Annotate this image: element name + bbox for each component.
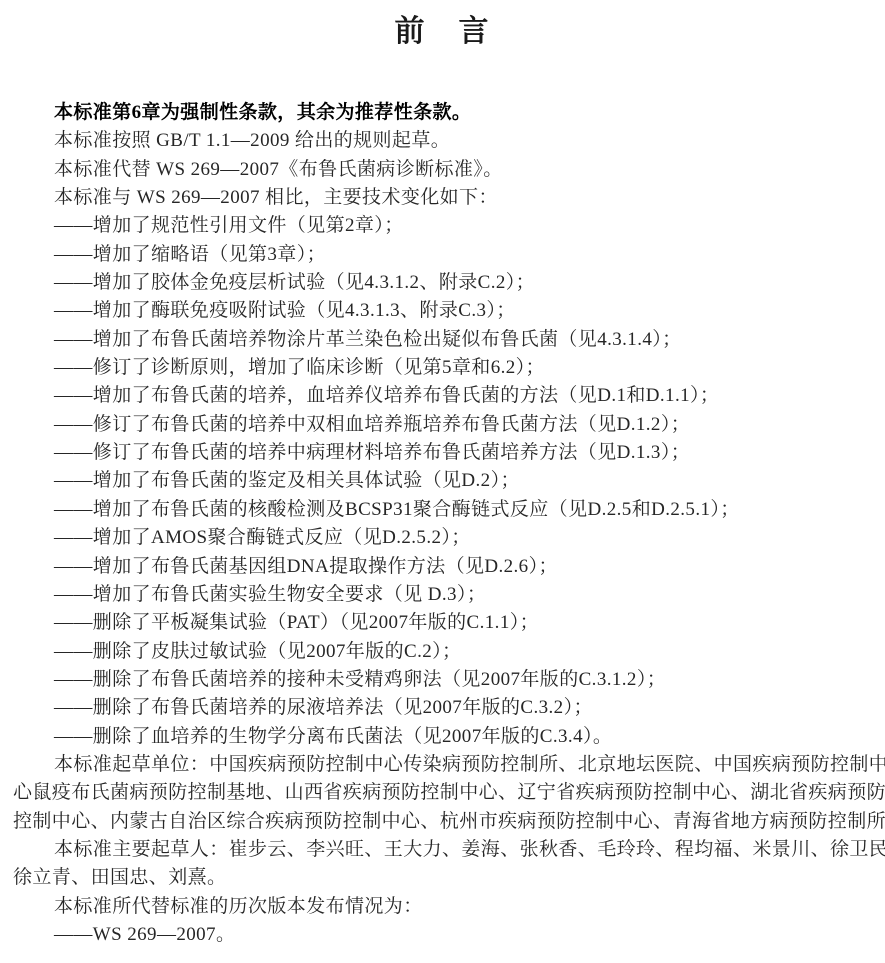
text-line: ——修订了布鲁氏菌的培养中双相血培养瓶培养布鲁氏菌方法（见D.1.2）； <box>13 411 875 439</box>
text-line: ——删除了皮肤过敏试验（见2007年版的C.2）； <box>13 638 875 666</box>
text-line: ——增加了布鲁氏菌的培养，血培养仪培养布鲁氏菌的方法（见D.1和D.1.1）； <box>13 382 875 410</box>
page-title: 前 言 <box>0 6 885 50</box>
text-line: ——增加了酶联免疫吸附试验（见4.3.1.3、附录C.3）； <box>13 297 875 325</box>
text-line: 本标准按照 GB/T 1.1—2009 给出的规则起草。 <box>13 127 875 155</box>
text-line: 本标准代替 WS 269—2007《布鲁氏菌病诊断标准》。 <box>13 156 875 184</box>
text-line: ——增加了胶体金免疫层析试验（见4.3.1.2、附录C.2）； <box>13 269 875 297</box>
text-line: ——修订了布鲁氏菌的培养中病理材料培养布鲁氏菌培养方法（见D.1.3）； <box>13 439 875 467</box>
text-line: ——增加了AMOS聚合酶链式反应（见D.2.5.2）； <box>13 524 875 552</box>
text-line: 心鼠疫布氏菌病预防控制基地、山西省疾病预防控制中心、辽宁省疾病预防控制中心、湖北… <box>13 779 875 807</box>
text-line: ——删除了布鲁氏菌培养的接种未受精鸡卵法（见2007年版的C.3.1.2）； <box>13 666 875 694</box>
text-line: ——增加了布鲁氏菌的鉴定及相关具体试验（见D.2）； <box>13 467 875 495</box>
text-line: ——增加了缩略语（见第3章）； <box>13 241 875 269</box>
text-line: ——修订了诊断原则，增加了临床诊断（见第5章和6.2）； <box>13 354 875 382</box>
text-line: ——删除了布鲁氏菌培养的尿液培养法（见2007年版的C.3.2）； <box>13 694 875 722</box>
text-line: ——WS 269—2007。 <box>13 921 875 949</box>
text-line: 徐立青、田国忠、刘熹。 <box>13 864 875 892</box>
text-line: 本标准所代替标准的历次版本发布情况为： <box>13 893 875 921</box>
text-line: ——增加了规范性引用文件（见第2章）； <box>13 212 875 240</box>
document-page: 前 言 本标准第6章为强制性条款，其余为推荐性条款。本标准按照 GB/T 1.1… <box>0 0 885 963</box>
document-body: 本标准第6章为强制性条款，其余为推荐性条款。本标准按照 GB/T 1.1—200… <box>13 99 875 949</box>
text-line: 本标准主要起草人：崔步云、李兴旺、王大力、姜海、张秋香、毛玲玲、程均福、米景川、… <box>13 836 875 864</box>
text-line: 控制中心、内蒙古自治区综合疾病预防控制中心、杭州市疾病预防控制中心、青海省地方病… <box>13 808 875 836</box>
text-line: ——增加了布鲁氏菌基因组DNA提取操作方法（见D.2.6）； <box>13 553 875 581</box>
text-line: 本标准与 WS 269—2007 相比，主要技术变化如下： <box>13 184 875 212</box>
text-line: 本标准第6章为强制性条款，其余为推荐性条款。 <box>13 99 875 127</box>
text-line: 本标准起草单位：中国疾病预防控制中心传染病预防控制所、北京地坛医院、中国疾病预防… <box>13 751 875 779</box>
text-line: ——增加了布鲁氏菌培养物涂片革兰染色检出疑似布鲁氏菌（见4.3.1.4）； <box>13 326 875 354</box>
text-line: ——删除了平板凝集试验（PAT）（见2007年版的C.1.1）； <box>13 609 875 637</box>
text-line: ——增加了布鲁氏菌的核酸检测及BCSP31聚合酶链式反应（见D.2.5和D.2.… <box>13 496 875 524</box>
text-line: ——删除了血培养的生物学分离布氏菌法（见2007年版的C.3.4）。 <box>13 723 875 751</box>
text-line: ——增加了布鲁氏菌实验生物安全要求（见 D.3）； <box>13 581 875 609</box>
